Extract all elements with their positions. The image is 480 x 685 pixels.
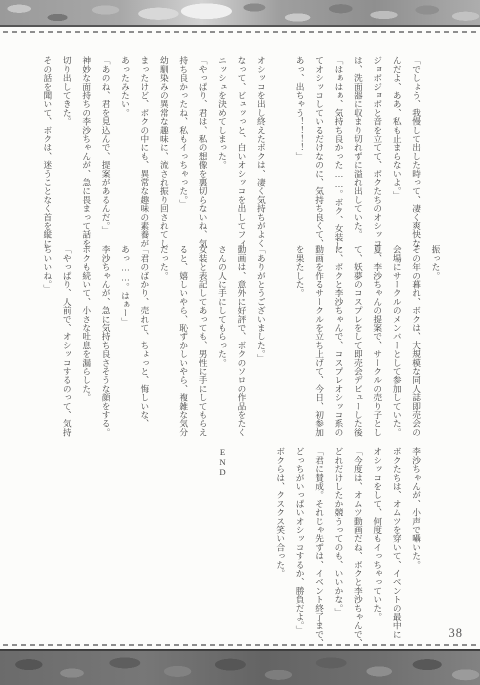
text-line: ボクたちは、オムツを穿いて、イベントの最中に xyxy=(387,447,406,645)
text-line xyxy=(232,447,251,645)
text-line: てオシッコしているだけなのに、気持ち良くて、 xyxy=(309,56,328,246)
text-line: END xyxy=(212,447,231,645)
text-line: オシッコをして、何度もイっちゃっていた。 xyxy=(367,447,386,645)
text-line: に、ボクと李沙ちゃんで、コスプレオシッコ系の xyxy=(329,245,348,445)
text-line: ちいいね。」 xyxy=(37,245,56,445)
text-line: 「今度は、オムツ動画だね、ボクと李沙ちゃんで、 xyxy=(348,447,367,645)
text-line: 李沙ちゃんが、急に気持ち良さそうな顔をする。 xyxy=(96,245,115,445)
text-line: 動画を作るサークルを立ち上げて、今日、初参加 xyxy=(309,245,328,445)
text-line xyxy=(270,56,289,246)
text-line: まったけど、ボクの中にも、異常な趣味の素養が xyxy=(135,56,154,246)
dashed-rule-bottom xyxy=(3,644,477,646)
text-line xyxy=(426,447,445,645)
text-line: 女装と表記してあっても、男性に手にしてもらえ xyxy=(193,245,212,445)
text-line: ボクも続いて、小さな吐息を漏らした。 xyxy=(76,245,95,445)
text-line: 「はぁはぁ、気持ち良かった……。ボク、女装し xyxy=(329,56,348,246)
text-line: 「あのね、君を見込んで、提案があるんだ。」 xyxy=(96,56,115,246)
text-line: んだよ、ああ、私も止まらないよ。」 xyxy=(387,56,406,246)
text-block-top: 「でしょう、我慢して出した時って、凄く爽快なんだよ、ああ、私も止まらないよ。」ジ… xyxy=(37,56,445,246)
dashed-rule-top xyxy=(3,31,477,33)
text-line xyxy=(270,245,289,445)
text-line: 神妙な面持ちの李沙ちゃんが、急に畏まって話を xyxy=(76,56,95,246)
text-line: あっ……。はぁー」 xyxy=(115,245,134,445)
text-line: 「やっぱり、人前で、オシッコするのって、気持 xyxy=(57,245,76,445)
text-line: だった。 xyxy=(154,245,173,445)
text-line: どれだけしたか競うってのも、いいかな。」 xyxy=(329,447,348,645)
text-line: 切り出してきた。 xyxy=(57,56,76,246)
text-line: 「ありがとうございました。」 xyxy=(251,245,270,445)
text-line: 幼馴染みの異常な趣味に、流され振り回されてし xyxy=(154,56,173,246)
text-line: その年の暮れ、ボクは、大規模な同人誌即売会の xyxy=(406,245,425,445)
text-line: 会場にサークルのメンバーとして参加していた。 xyxy=(387,245,406,445)
text-line: は、洗面器に収まり切れずに溢れ出していた。 xyxy=(348,56,367,246)
text-line: 夏、李沙ちゃんの提案で、サークルの売り子とし xyxy=(367,245,386,445)
text-line: さんの人に手にしてもらった。 xyxy=(212,245,231,445)
text-block-middle: 振った。その年の暮れ、ボクは、大規模な同人誌即売会の会場にサークルのメンバーとし… xyxy=(37,245,445,445)
text-line: ると、嬉しいやら、恥ずかしいやら、複雑な気分 xyxy=(173,245,192,445)
text-line: て、妖夢のコスプレをして即売会デビューした後 xyxy=(348,245,367,445)
floral-border-bottom xyxy=(0,649,480,685)
text-line: オシッコを出し終えたボクは、凄く気持ちがよく xyxy=(251,56,270,246)
text-line: を果たした。 xyxy=(290,245,309,445)
text-line: 「君のばかり、売れて、ちょっと、悔しいな、 xyxy=(135,245,154,445)
text-block-bottom: 李沙ちゃんが、小声で囁いた。ボクたちは、オムツを穿いて、イベントの最中にオシッコ… xyxy=(212,447,445,645)
text-line: ニッシュを決めてしまった。 xyxy=(212,56,231,246)
text-line: 李沙ちゃんが、小声で囁いた。 xyxy=(406,447,425,645)
text-line: 振った。 xyxy=(426,245,445,445)
text-line: あったみたい。 xyxy=(115,56,134,246)
page-number: 38 xyxy=(449,626,464,641)
text-line xyxy=(426,56,445,246)
text-line: 「でしょう、我慢して出した時って、凄く爽快な xyxy=(406,56,425,246)
book-page: 「でしょう、我慢して出した時って、凄く爽快なんだよ、ああ、私も止まらないよ。」ジ… xyxy=(0,0,480,685)
text-line: あっ、出ちゃう！！！！」 xyxy=(290,56,309,246)
text-line: 持ち良かったね、私もイっちゃった。」 xyxy=(173,56,192,246)
text-line: ボクらは、クスクス笑い合った。 xyxy=(270,447,289,645)
text-line: 「やっぱり、君は、私の想像を裏切らないね、気 xyxy=(193,56,212,246)
floral-border-top xyxy=(0,0,480,27)
text-line: ジョボジョボと音を立てて、ボクたちのオシッコ xyxy=(367,56,386,246)
text-line xyxy=(251,447,270,645)
text-line: なって、ビュッっと、白いオシッコを出してフィ xyxy=(232,56,251,246)
text-line: どっちがいっぱいオシッコするか、勝負だよ。」 xyxy=(290,447,309,645)
text-line: 動画は、意外に好評で、ボクのソロの作品をたく xyxy=(232,245,251,445)
text-line: その話を聞いて、ボクは、迷うことなく首を縦に xyxy=(37,56,56,246)
text-line: 「君に賛成。それじゃ先ずは、イベント終了まで、 xyxy=(309,447,328,645)
